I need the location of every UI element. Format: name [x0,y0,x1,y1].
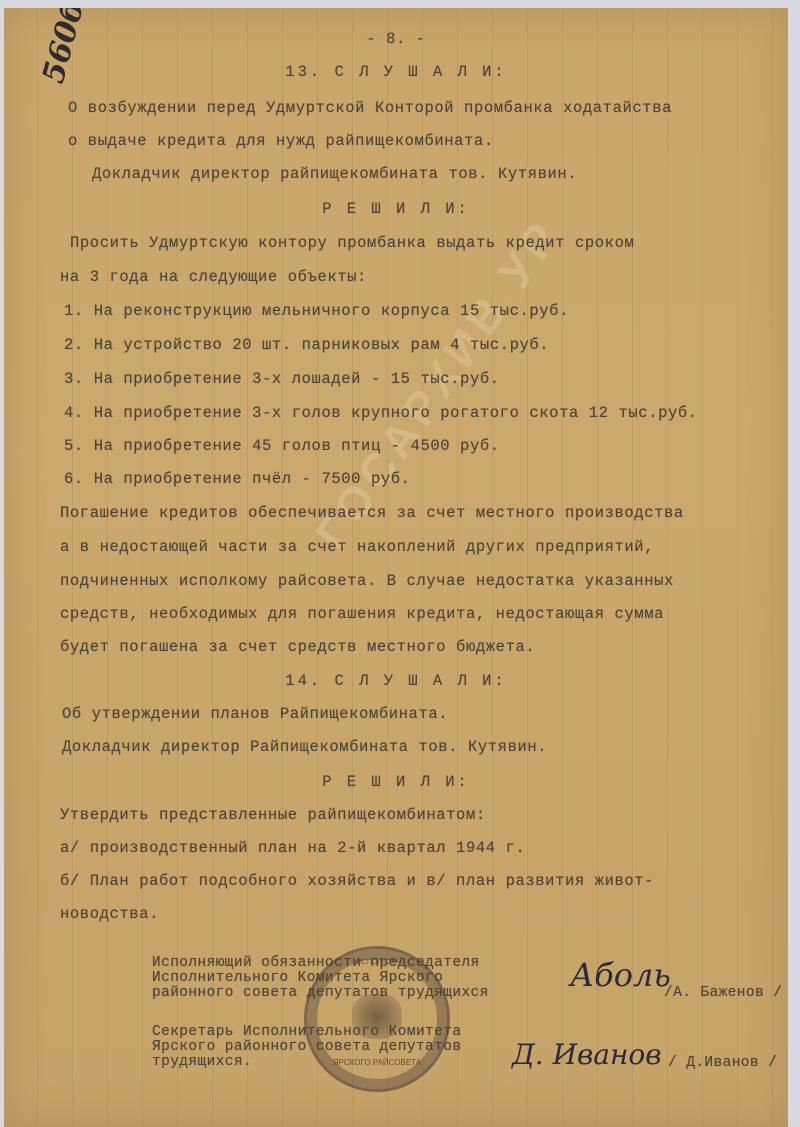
secretary-name: / Д.Иванов / [668,1056,777,1071]
secretary-title-line-3: трудящихся. [152,1055,252,1070]
stamp-bottom-text: ЯРСКОГО РАЙСОВЕТА [307,1058,447,1067]
credit-item-3: 3. На приобретение 3-х лошадей - 15 тыс.… [64,370,500,388]
section13-speaker: Докладчик директор райпищекомбината тов.… [92,165,577,183]
section14-subject: Об утверждении планов Райпищекомбината. [62,705,448,723]
document-page: ГОСАРХИВ УР 560б - 8. - 13. С Л У Ш А Л … [4,8,788,1127]
section13-decision-intro-1: Просить Удмуртскую контору промбанка выд… [70,234,634,252]
section13-decision-heading: Р Е Ш И Л И: [4,200,788,218]
repayment-line-1: Погашение кредитов обеспечивается за сче… [60,504,684,522]
repayment-line-3: подчиненных исполкому райсовета. В случа… [60,572,674,590]
section14-heading: 14. С Л У Ш А Л И: [4,672,788,690]
section13-decision-intro-2: на 3 года на следующие объекты: [60,268,367,286]
secretary-title-line-2: Ярского районного совета депутатов [152,1040,461,1055]
page-number: - 8. - [4,30,788,48]
credit-item-4: 4. На приобретение 3-х голов крупного ро… [64,404,698,422]
credit-item-1: 1. На реконструкцию мельничного корпуса … [64,302,569,320]
section14-decision-line-3: б/ План работ подсобного хозяйства и в/ … [60,872,654,890]
section14-decision-line-1: Утвердить представленные райпищекомбинат… [60,806,486,824]
secretary-signature: Д. Иванов [512,1038,662,1071]
secretary-title-line-1: Секретарь Исполнительного Комитета [152,1025,461,1040]
repayment-line-4: средств, необходимых для погашения креди… [60,605,664,623]
chair-title-line-2: Исполнительного Комитета Ярского [152,971,443,986]
section14-decision-line-2: а/ производственный план на 2-й квартал … [60,839,525,857]
repayment-line-2: а в недостающей части за счет накоплений… [60,538,654,556]
repayment-line-5: будет погашена за счет средств местного … [60,638,535,656]
chair-title-line-1: Исполняющий обязанности председателя [152,956,480,971]
credit-item-5: 5. На приобретение 45 голов птиц - 4500 … [64,437,500,455]
section14-decision-heading: Р Е Ш И Л И: [4,773,788,791]
chair-signature: Аболь [570,956,671,994]
section13-heading: 13. С Л У Ш А Л И: [4,63,788,81]
section14-decision-line-4: новодства. [60,905,159,923]
credit-item-6: 6. На приобретение пчёл - 7500 руб. [64,470,411,488]
section13-subject-line-1: О возбуждении перед Удмуртской Конторой … [68,99,672,117]
credit-item-2: 2. На устройство 20 шт. парниковых рам 4… [64,336,549,354]
section14-speaker: Докладчик директор Райпищекомбината тов.… [62,738,547,756]
chair-title-line-3: районного совета депутатов трудящихся [152,986,489,1001]
section13-subject-line-2: о выдаче кредита для нужд райпищекомбина… [68,132,494,150]
chair-name: /А. Баженов / [664,986,782,1001]
